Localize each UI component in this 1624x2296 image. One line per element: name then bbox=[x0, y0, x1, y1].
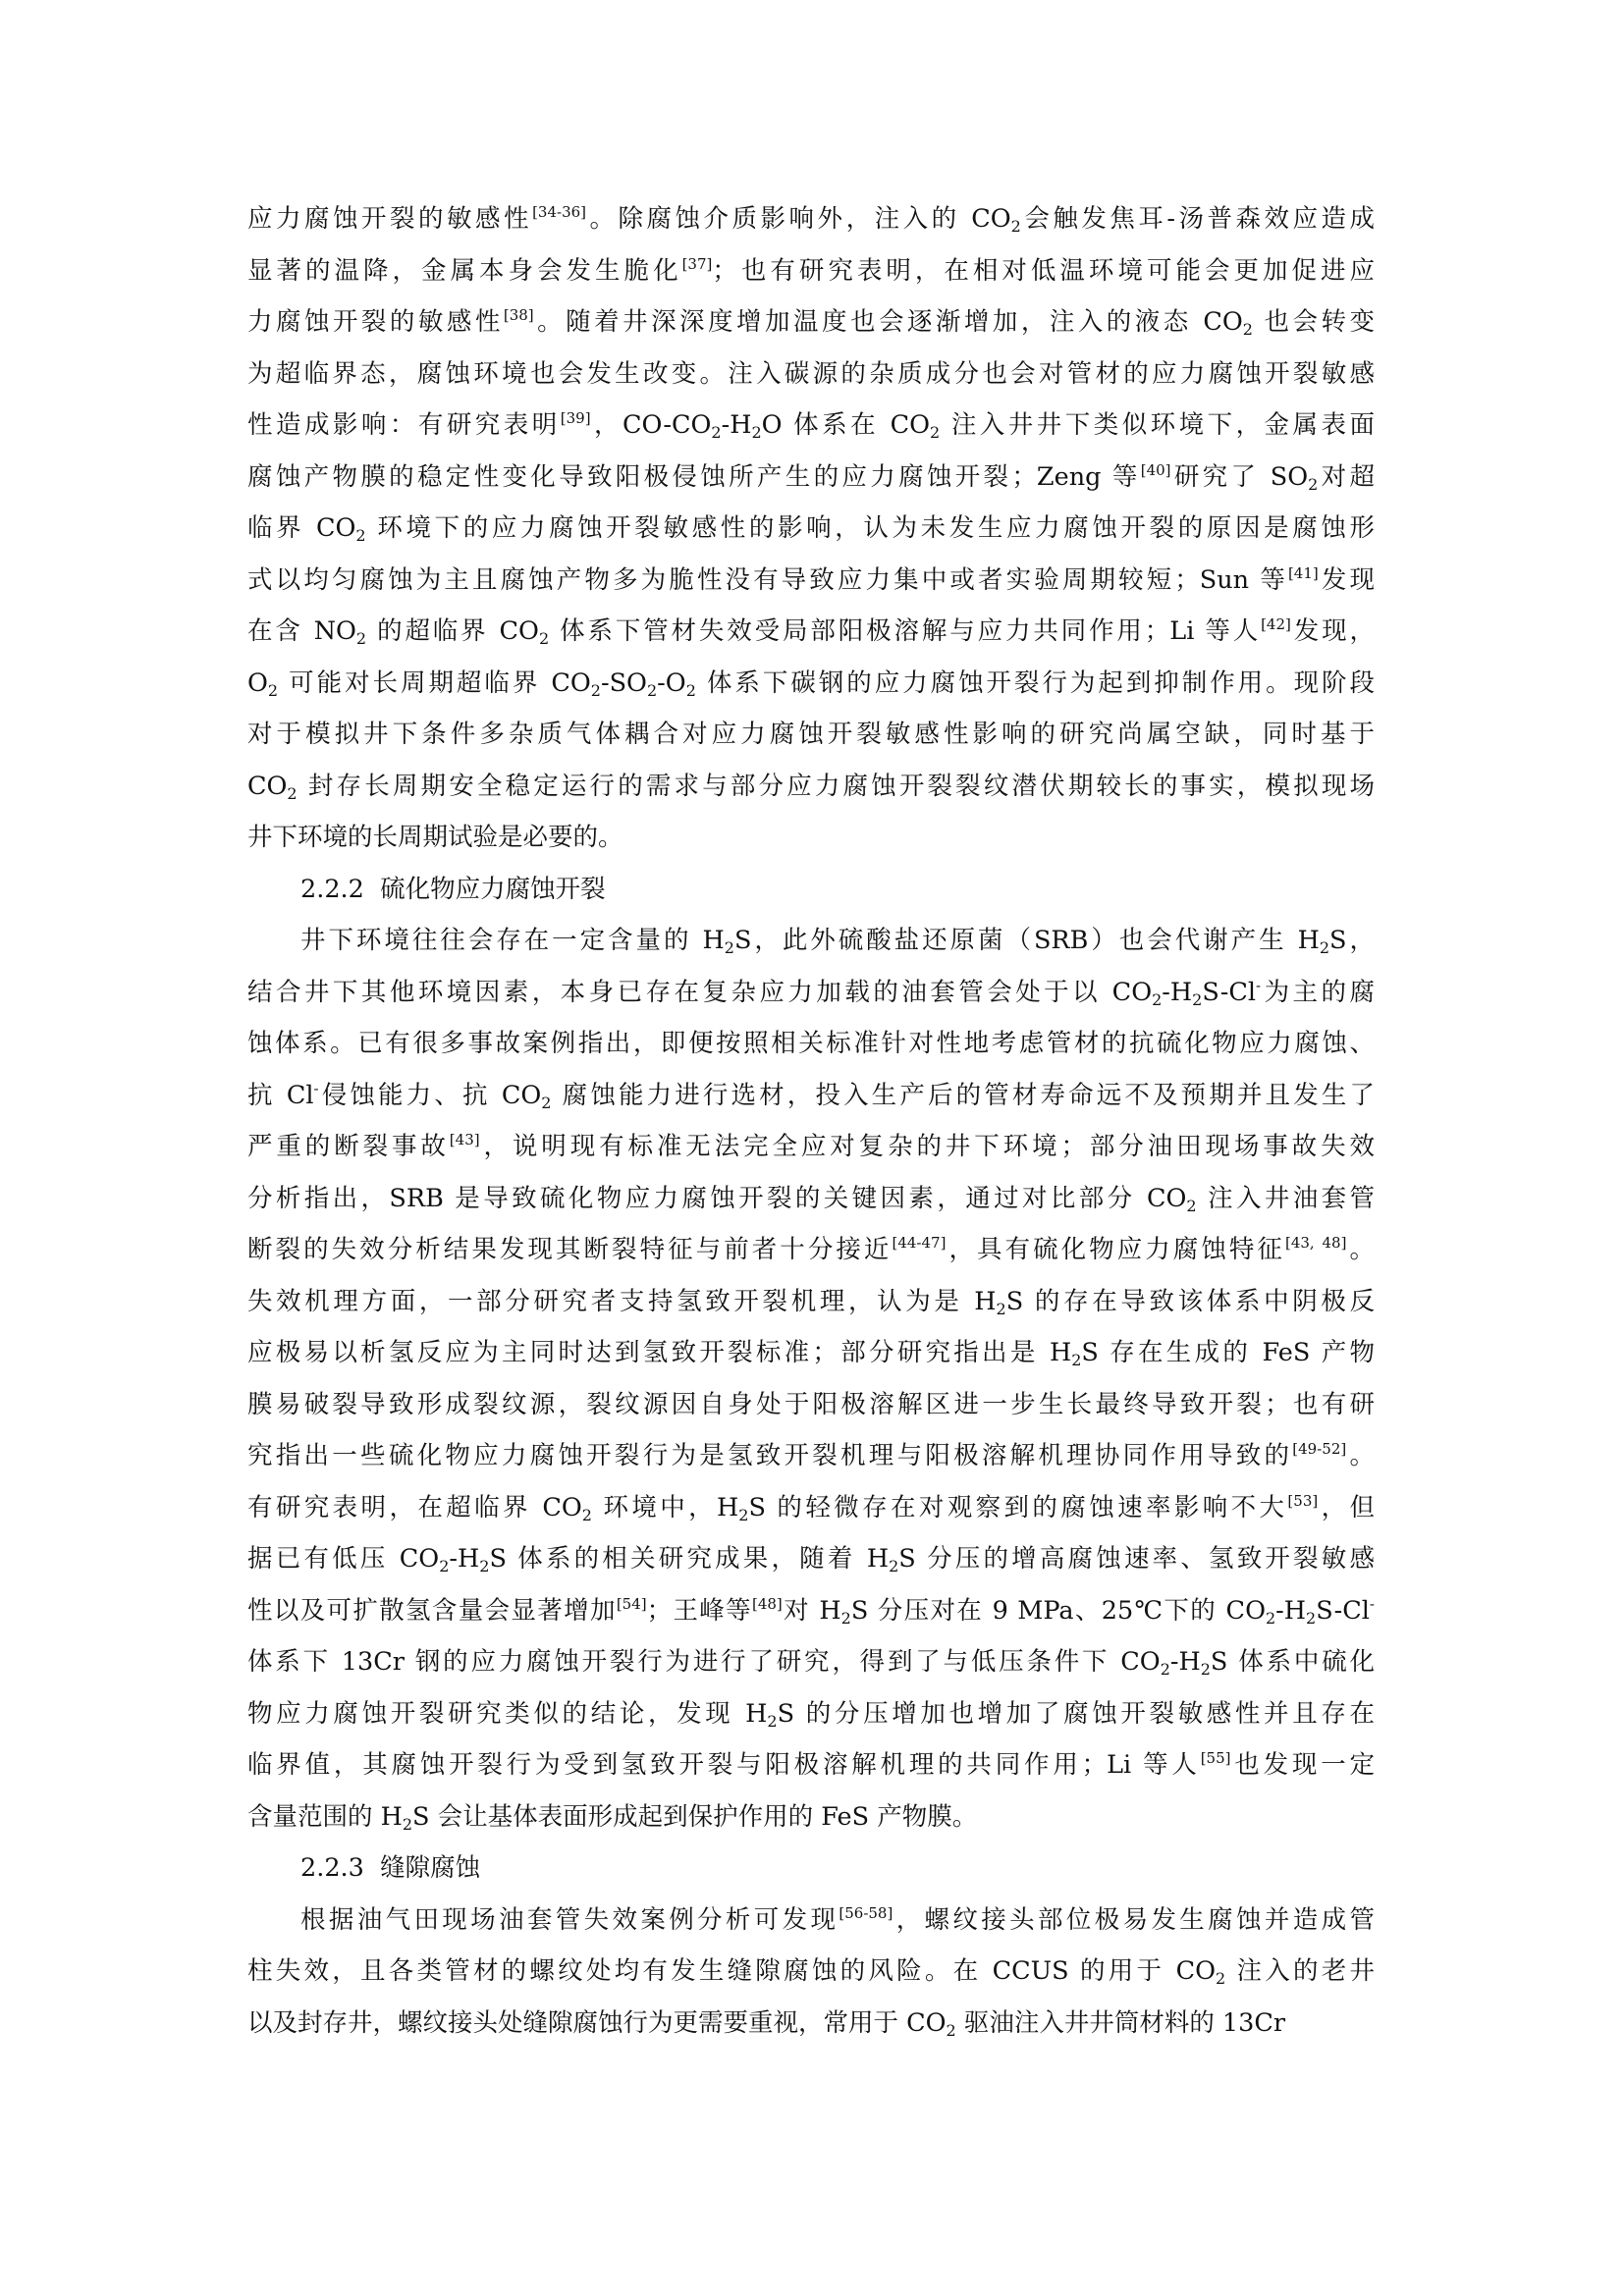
text-run: 有研究表明，在超临界 CO bbox=[247, 1493, 582, 1522]
text-run: 。除腐蚀介质影响外，注入的 CO bbox=[586, 204, 1011, 234]
text-run: 也发现一定 bbox=[1231, 1750, 1376, 1780]
text-run: 以及封存井，螺纹接头处缝隙腐蚀行为更需要重视，常用于 CO bbox=[247, 2008, 947, 2038]
text-run: ；王峰等 bbox=[647, 1596, 752, 1626]
subscript: 2 bbox=[479, 1557, 489, 1575]
citation-superscript: [41] bbox=[1288, 564, 1319, 582]
text-run: S 分压的增高腐蚀速率、氢致开裂敏感 bbox=[898, 1544, 1375, 1574]
text-run: 蚀体系。已有很多事故案例指出，即便按照相关标准针对性地考虑管材的抗硫化物应力腐蚀… bbox=[247, 1029, 1375, 1058]
text-run: ，具有硫化物应力腐蚀特征 bbox=[946, 1235, 1285, 1264]
text-run: -H bbox=[722, 410, 752, 440]
text-line: 含量范围的 H2S 会让基体表面形成起到保护作用的 FeS 产物膜。 bbox=[247, 1797, 1375, 1849]
subscript: 2 bbox=[767, 1712, 777, 1731]
text-run: S-Cl bbox=[1202, 978, 1256, 1007]
text-run: 显著的温降，金属本身会发生脆化 bbox=[247, 256, 682, 286]
text-run: 会触发焦耳-汤普森效应造成 bbox=[1021, 204, 1375, 234]
text-run: 体系下 13Cr 钢的应力腐蚀开裂行为进行了研究，得到了与低压条件下 CO bbox=[247, 1647, 1161, 1677]
text-run: O bbox=[247, 668, 268, 698]
text-run: ，但 bbox=[1318, 1493, 1375, 1522]
subscript: 2 bbox=[439, 1557, 449, 1575]
citation-superscript: [37] bbox=[682, 255, 713, 273]
text-run: 究指出一些硫化物应力腐蚀开裂行为是氢致开裂机理与阳极溶解机理协同作用导致的 bbox=[247, 1441, 1292, 1470]
text-run: 发现 bbox=[1319, 565, 1375, 595]
text-run: S 的轻微存在对观察到的腐蚀速率影响不大 bbox=[748, 1493, 1287, 1522]
text-line: 体系下 13Cr 钢的应力腐蚀开裂行为进行了研究，得到了与低压条件下 CO2-H… bbox=[247, 1642, 1375, 1694]
subscript: 2 bbox=[1186, 1197, 1196, 1215]
text-run: 为主的腐 bbox=[1261, 978, 1375, 1007]
text-line: 有研究表明，在超临界 CO2 环境中，H2S 的轻微存在对观察到的腐蚀速率影响不… bbox=[247, 1488, 1375, 1540]
text-run: 膜易破裂导致形成裂纹源，裂纹源因自身处于阳极溶解区进一步生长最终导致开裂；也有研 bbox=[247, 1390, 1375, 1419]
subscript: 2 bbox=[1308, 475, 1318, 494]
subscript: 2 bbox=[751, 423, 761, 442]
text-run: 分析指出，SRB 是导致硫化物应力腐蚀开裂的关键因素，通过对比部分 CO bbox=[247, 1184, 1186, 1213]
text-run: 为超临界态，腐蚀环境也会发生改变。注入碳源的杂质成分也会对管材的应力腐蚀开裂敏感 bbox=[247, 359, 1375, 389]
text-run: 式以均匀腐蚀为主且腐蚀产物多为脆性没有导致应力集中或者实验周期较短；Sun 等 bbox=[247, 565, 1288, 595]
text-run: 根据油气田现场油套管失效案例分析可发现 bbox=[300, 1905, 839, 1935]
text-run: 侵蚀能力、抗 CO bbox=[319, 1081, 542, 1110]
subscript: 2 bbox=[947, 2021, 956, 2040]
text-run: 注入井油套管 bbox=[1197, 1184, 1375, 1213]
text-line: 柱失效，且各类管材的螺纹处均有发生缝隙腐蚀的风险。在 CCUS 的用于 CO2 … bbox=[247, 1951, 1375, 2003]
text-run: -H bbox=[1170, 1647, 1201, 1677]
text-run: S 会让基体表面形成起到保护作用的 FeS 产物膜。 bbox=[412, 1802, 977, 1832]
text-line: 根据油气田现场油套管失效案例分析可发现[56-58]，螺纹接头部位极易发生腐蚀并… bbox=[247, 1900, 1375, 1952]
text-run: -O bbox=[657, 668, 686, 698]
heading-title: 缝隙腐蚀 bbox=[380, 1853, 480, 1883]
subscript: 2 bbox=[355, 526, 365, 545]
text-line: 结合井下其他环境因素，本身已存在复杂应力加载的油套管会处于以 CO2-H2S-C… bbox=[247, 973, 1375, 1025]
heading-number: 2.2.2 bbox=[300, 875, 364, 904]
text-run: ；也有研究表明，在相对低温环境可能会更加促进应 bbox=[712, 256, 1375, 286]
section-2-2-2-body: 井下环境往往会存在一定含量的 H2S，此外硫酸盐还原菌（SRB）也会代谢产生 H… bbox=[247, 921, 1375, 1848]
text-run: 环境中，H bbox=[592, 1493, 738, 1522]
text-line: 力腐蚀开裂的敏感性[38]。随着井深深度增加温度也会逐渐增加，注入的液态 CO2… bbox=[247, 302, 1375, 354]
text-run: 临界值，其腐蚀开裂行为受到氢致开裂与阳极溶解机理的共同作用；Li 等人 bbox=[247, 1750, 1201, 1780]
text-run: 对 H bbox=[783, 1596, 841, 1626]
text-run: -H bbox=[449, 1544, 479, 1574]
document-page: 应力腐蚀开裂的敏感性[34-36]。除腐蚀介质影响外，注入的 CO2会触发焦耳-… bbox=[247, 199, 1375, 2055]
text-run: S，此外硫酸盐还原菌（SRB）也会代谢产生 H bbox=[734, 926, 1320, 955]
citation-superscript: [56-58] bbox=[839, 1904, 893, 1922]
citation-superscript: [54] bbox=[617, 1595, 647, 1613]
text-run: 腐蚀能力进行选材，投入生产后的管材寿命远不及预期并且发生了 bbox=[551, 1081, 1375, 1110]
subscript: 2 bbox=[1071, 1351, 1081, 1369]
text-run: 临界 CO bbox=[247, 513, 355, 543]
text-line: 为超临界态，腐蚀环境也会发生改变。注入碳源的杂质成分也会对管材的应力腐蚀开裂敏感 bbox=[247, 354, 1375, 406]
citation-superscript: [43, 48] bbox=[1285, 1234, 1346, 1252]
text-run: 物应力腐蚀开裂研究类似的结论，发现 H bbox=[247, 1699, 767, 1729]
subscript: 2 bbox=[1320, 938, 1329, 957]
text-run: 。 bbox=[1346, 1441, 1375, 1470]
text-run: 断裂的失效分析结果发现其断裂特征与前者十分接近 bbox=[247, 1235, 892, 1264]
text-line: 物应力腐蚀开裂研究类似的结论，发现 H2S 的分压增加也增加了腐蚀开裂敏感性并且… bbox=[247, 1694, 1375, 1746]
text-run: 的超临界 CO bbox=[366, 616, 539, 646]
text-line: 腐蚀产物膜的稳定性变化导致阳极侵蚀所产生的应力腐蚀开裂；Zeng 等[40]研究… bbox=[247, 457, 1375, 509]
text-line: 在含 NO2 的超临界 CO2 体系下管材失效受局部阳极溶解与应力共同作用；Li… bbox=[247, 612, 1375, 664]
subscript: 2 bbox=[1192, 990, 1202, 1009]
text-run: 力腐蚀开裂的敏感性 bbox=[247, 307, 504, 337]
subscript: 2 bbox=[1266, 1609, 1275, 1628]
subscript: 2 bbox=[1152, 990, 1162, 1009]
text-line: 应极易以析氢反应为主同时达到氢致开裂标准；部分研究指出是 H2S 存在生成的 F… bbox=[247, 1333, 1375, 1385]
text-run: 性造成影响：有研究表明 bbox=[247, 410, 561, 440]
text-run: 研究了 SO bbox=[1171, 462, 1309, 492]
text-line: 井下环境往往会存在一定含量的 H2S，此外硫酸盐还原菌（SRB）也会代谢产生 H… bbox=[247, 921, 1375, 973]
text-line: 性以及可扩散氢含量会显著增加[54]；王峰等[48]对 H2S 分压对在 9 M… bbox=[247, 1591, 1375, 1643]
text-run: 体系下碳钢的应力腐蚀开裂行为起到抑制作用。现阶段 bbox=[696, 668, 1375, 698]
subscript: 2 bbox=[711, 423, 721, 442]
subscript: 2 bbox=[647, 681, 657, 700]
text-run: S 存在生成的 FeS 产物 bbox=[1081, 1338, 1375, 1367]
text-run: -H bbox=[1275, 1596, 1306, 1626]
subscript: 2 bbox=[287, 784, 297, 803]
citation-superscript: [38] bbox=[504, 306, 534, 324]
section-heading-2-2-3: 2.2.3 缝隙腐蚀 bbox=[247, 1848, 1375, 1900]
text-run: 可能对长周期超临界 CO bbox=[278, 668, 591, 698]
citation-superscript: [49-52] bbox=[1292, 1440, 1346, 1458]
citation-superscript: [42] bbox=[1261, 615, 1291, 633]
text-line: 失效机理方面，一部分研究者支持氢致开裂机理，认为是 H2S 的存在导致该体系中阴… bbox=[247, 1282, 1375, 1334]
text-line: 蚀体系。已有很多事故案例指出，即便按照相关标准针对性地考虑管材的抗硫化物应力腐蚀… bbox=[247, 1024, 1375, 1076]
citation-superscript: - bbox=[1370, 1595, 1375, 1613]
text-line: 分析指出，SRB 是导致硫化物应力腐蚀开裂的关键因素，通过对比部分 CO2 注入… bbox=[247, 1179, 1375, 1231]
subscript: 2 bbox=[930, 423, 940, 442]
text-run: 据已有低压 CO bbox=[247, 1544, 439, 1574]
subscript: 2 bbox=[1161, 1660, 1170, 1679]
subscript: 2 bbox=[356, 629, 366, 648]
text-run: 也会转变 bbox=[1253, 307, 1375, 337]
text-run: 井下环境的长周期试验是必要的。 bbox=[247, 823, 623, 852]
text-line: 膜易破裂导致形成裂纹源，裂纹源因自身处于阳极溶解区进一步生长最终导致开裂；也有研 bbox=[247, 1385, 1375, 1437]
subscript: 2 bbox=[686, 681, 696, 700]
subscript: 2 bbox=[541, 1094, 551, 1112]
text-run: S-Cl bbox=[1316, 1596, 1370, 1626]
heading-number: 2.2.3 bbox=[300, 1853, 364, 1883]
text-run: ，CO-CO bbox=[591, 410, 712, 440]
text-run: 井下环境往往会存在一定含量的 H bbox=[300, 926, 725, 955]
text-run: 发现， bbox=[1291, 616, 1375, 646]
citation-superscript: [39] bbox=[561, 409, 591, 427]
text-run: 。 bbox=[1346, 1235, 1375, 1264]
subscript: 2 bbox=[1306, 1609, 1316, 1628]
subscript: 2 bbox=[403, 1815, 412, 1834]
text-run: ，说明现有标准无法完全应对复杂的井下环境；部分油田现场事故失效 bbox=[480, 1132, 1375, 1161]
text-run: S 分压对在 9 MPa、25℃下的 CO bbox=[851, 1596, 1266, 1626]
text-run: -SO bbox=[601, 668, 647, 698]
subscript: 2 bbox=[725, 938, 734, 957]
subscript: 2 bbox=[841, 1609, 851, 1628]
citation-superscript: - bbox=[1256, 977, 1261, 994]
text-line: 性造成影响：有研究表明[39]，CO-CO2-H2O 体系在 CO2 注入井井下… bbox=[247, 405, 1375, 457]
citation-superscript: [48] bbox=[752, 1595, 783, 1613]
text-run: S 的存在导致该体系中阴极反 bbox=[1006, 1287, 1375, 1316]
subscript: 2 bbox=[582, 1506, 592, 1524]
text-run: 抗 Cl bbox=[247, 1081, 314, 1110]
subscript: 2 bbox=[1216, 1969, 1225, 1988]
subscript: 2 bbox=[591, 681, 601, 700]
section-heading-2-2-2: 2.2.2 硫化物应力腐蚀开裂 bbox=[247, 870, 1375, 922]
text-run: 结合井下其他环境因素，本身已存在复杂应力加载的油套管会处于以 CO bbox=[247, 978, 1152, 1007]
text-line: 式以均匀腐蚀为主且腐蚀产物多为脆性没有导致应力集中或者实验周期较短；Sun 等[… bbox=[247, 561, 1375, 613]
text-line: 井下环境的长周期试验是必要的。 bbox=[247, 818, 1375, 870]
subscript: 2 bbox=[268, 681, 278, 700]
text-run: -H bbox=[1162, 978, 1192, 1007]
text-line: 临界值，其腐蚀开裂行为受到氢致开裂与阳极溶解机理的共同作用；Li 等人[55]也… bbox=[247, 1745, 1375, 1797]
text-run: 性以及可扩散氢含量会显著增加 bbox=[247, 1596, 617, 1626]
subscript: 2 bbox=[539, 629, 549, 648]
text-line: O2 可能对长周期超临界 CO2-SO2-O2 体系下碳钢的应力腐蚀开裂行为起到… bbox=[247, 664, 1375, 716]
text-run: 体系下管材失效受局部阳极溶解与应力共同作用；Li 等人 bbox=[549, 616, 1261, 646]
text-run: S 体系的相关研究成果，随着 H bbox=[489, 1544, 889, 1574]
text-run: 含量范围的 H bbox=[247, 1802, 403, 1832]
subscript: 2 bbox=[1243, 320, 1253, 339]
heading-title: 硫化物应力腐蚀开裂 bbox=[380, 875, 606, 904]
text-run: S 体系中硫化 bbox=[1211, 1647, 1375, 1677]
text-line: 对于模拟井下条件多杂质气体耦合对应力腐蚀开裂敏感性影响的研究尚属空缺，同时基于 bbox=[247, 715, 1375, 767]
text-run: O 体系在 CO bbox=[762, 410, 930, 440]
section-continuation: 应力腐蚀开裂的敏感性[34-36]。除腐蚀介质影响外，注入的 CO2会触发焦耳-… bbox=[247, 199, 1375, 870]
text-run: CO bbox=[247, 772, 287, 801]
text-run: ，螺纹接头部位极易发生腐蚀并造成管 bbox=[893, 1905, 1375, 1935]
text-line: 据已有低压 CO2-H2S 体系的相关研究成果，随着 H2S 分压的增高腐蚀速率… bbox=[247, 1539, 1375, 1591]
text-line: 应力腐蚀开裂的敏感性[34-36]。除腐蚀介质影响外，注入的 CO2会触发焦耳-… bbox=[247, 199, 1375, 251]
subscript: 2 bbox=[997, 1300, 1006, 1318]
subscript: 2 bbox=[1201, 1660, 1211, 1679]
text-line: 抗 Cl-侵蚀能力、抗 CO2 腐蚀能力进行选材，投入生产后的管材寿命远不及预期… bbox=[247, 1076, 1375, 1128]
text-run: 应极易以析氢反应为主同时达到氢致开裂标准；部分研究指出是 H bbox=[247, 1338, 1071, 1367]
text-run: 驱油注入井井筒材料的 13Cr bbox=[956, 2008, 1285, 2038]
citation-superscript: [43] bbox=[450, 1131, 480, 1148]
citation-superscript: - bbox=[314, 1080, 319, 1097]
text-line: 断裂的失效分析结果发现其断裂特征与前者十分接近[44-47]，具有硫化物应力腐蚀… bbox=[247, 1230, 1375, 1282]
text-run: 环境下的应力腐蚀开裂敏感性的影响，认为未发生应力腐蚀开裂的原因是腐蚀形 bbox=[366, 513, 1375, 543]
citation-superscript: [34-36] bbox=[532, 203, 586, 221]
citation-superscript: [40] bbox=[1141, 461, 1171, 479]
subscript: 2 bbox=[1011, 217, 1021, 236]
text-run: 腐蚀产物膜的稳定性变化导致阳极侵蚀所产生的应力腐蚀开裂；Zeng 等 bbox=[247, 462, 1141, 492]
text-run: S 的分压增加也增加了腐蚀开裂敏感性并且存在 bbox=[778, 1699, 1375, 1729]
text-line: CO2 封存长周期安全稳定运行的需求与部分应力腐蚀开裂裂纹潜伏期较长的事实，模拟… bbox=[247, 767, 1375, 819]
citation-superscript: [44-47] bbox=[892, 1234, 946, 1252]
text-line: 严重的断裂事故[43]，说明现有标准无法完全应对复杂的井下环境；部分油田现场事故… bbox=[247, 1127, 1375, 1179]
subscript: 2 bbox=[738, 1506, 748, 1524]
text-line: 临界 CO2 环境下的应力腐蚀开裂敏感性的影响，认为未发生应力腐蚀开裂的原因是腐… bbox=[247, 508, 1375, 561]
text-line: 究指出一些硫化物应力腐蚀开裂行为是氢致开裂机理与阳极溶解机理协同作用导致的[49… bbox=[247, 1436, 1375, 1488]
citation-superscript: [55] bbox=[1201, 1749, 1231, 1767]
text-run: 对于模拟井下条件多杂质气体耦合对应力腐蚀开裂敏感性影响的研究尚属空缺，同时基于 bbox=[247, 720, 1375, 749]
text-run: 失效机理方面，一部分研究者支持氢致开裂机理，认为是 H bbox=[247, 1287, 997, 1316]
citation-superscript: [53] bbox=[1287, 1492, 1318, 1510]
text-run: 注入井井下类似环境下，金属表面 bbox=[940, 410, 1375, 440]
text-run: 柱失效，且各类管材的螺纹处均有发生缝隙腐蚀的风险。在 CCUS 的用于 CO bbox=[247, 1956, 1216, 1986]
text-line: 以及封存井，螺纹接头处缝隙腐蚀行为更需要重视，常用于 CO2 驱油注入井井筒材料… bbox=[247, 2003, 1375, 2056]
subscript: 2 bbox=[889, 1557, 898, 1575]
text-run: 严重的断裂事故 bbox=[247, 1132, 450, 1161]
text-run: S， bbox=[1329, 926, 1375, 955]
text-run: 封存长周期安全稳定运行的需求与部分应力腐蚀开裂裂纹潜伏期较长的事实，模拟现场 bbox=[298, 772, 1375, 801]
text-run: 在含 NO bbox=[247, 616, 356, 646]
section-2-2-3-body: 根据油气田现场油套管失效案例分析可发现[56-58]，螺纹接头部位极易发生腐蚀并… bbox=[247, 1900, 1375, 2056]
text-run: 应力腐蚀开裂的敏感性 bbox=[247, 204, 532, 234]
text-run: 注入的老井 bbox=[1225, 1956, 1375, 1986]
text-run: 。随着井深深度增加温度也会逐渐增加，注入的液态 CO bbox=[534, 307, 1243, 337]
text-line: 显著的温降，金属本身会发生脆化[37]；也有研究表明，在相对低温环境可能会更加促… bbox=[247, 251, 1375, 303]
text-run: 对超 bbox=[1318, 462, 1375, 492]
